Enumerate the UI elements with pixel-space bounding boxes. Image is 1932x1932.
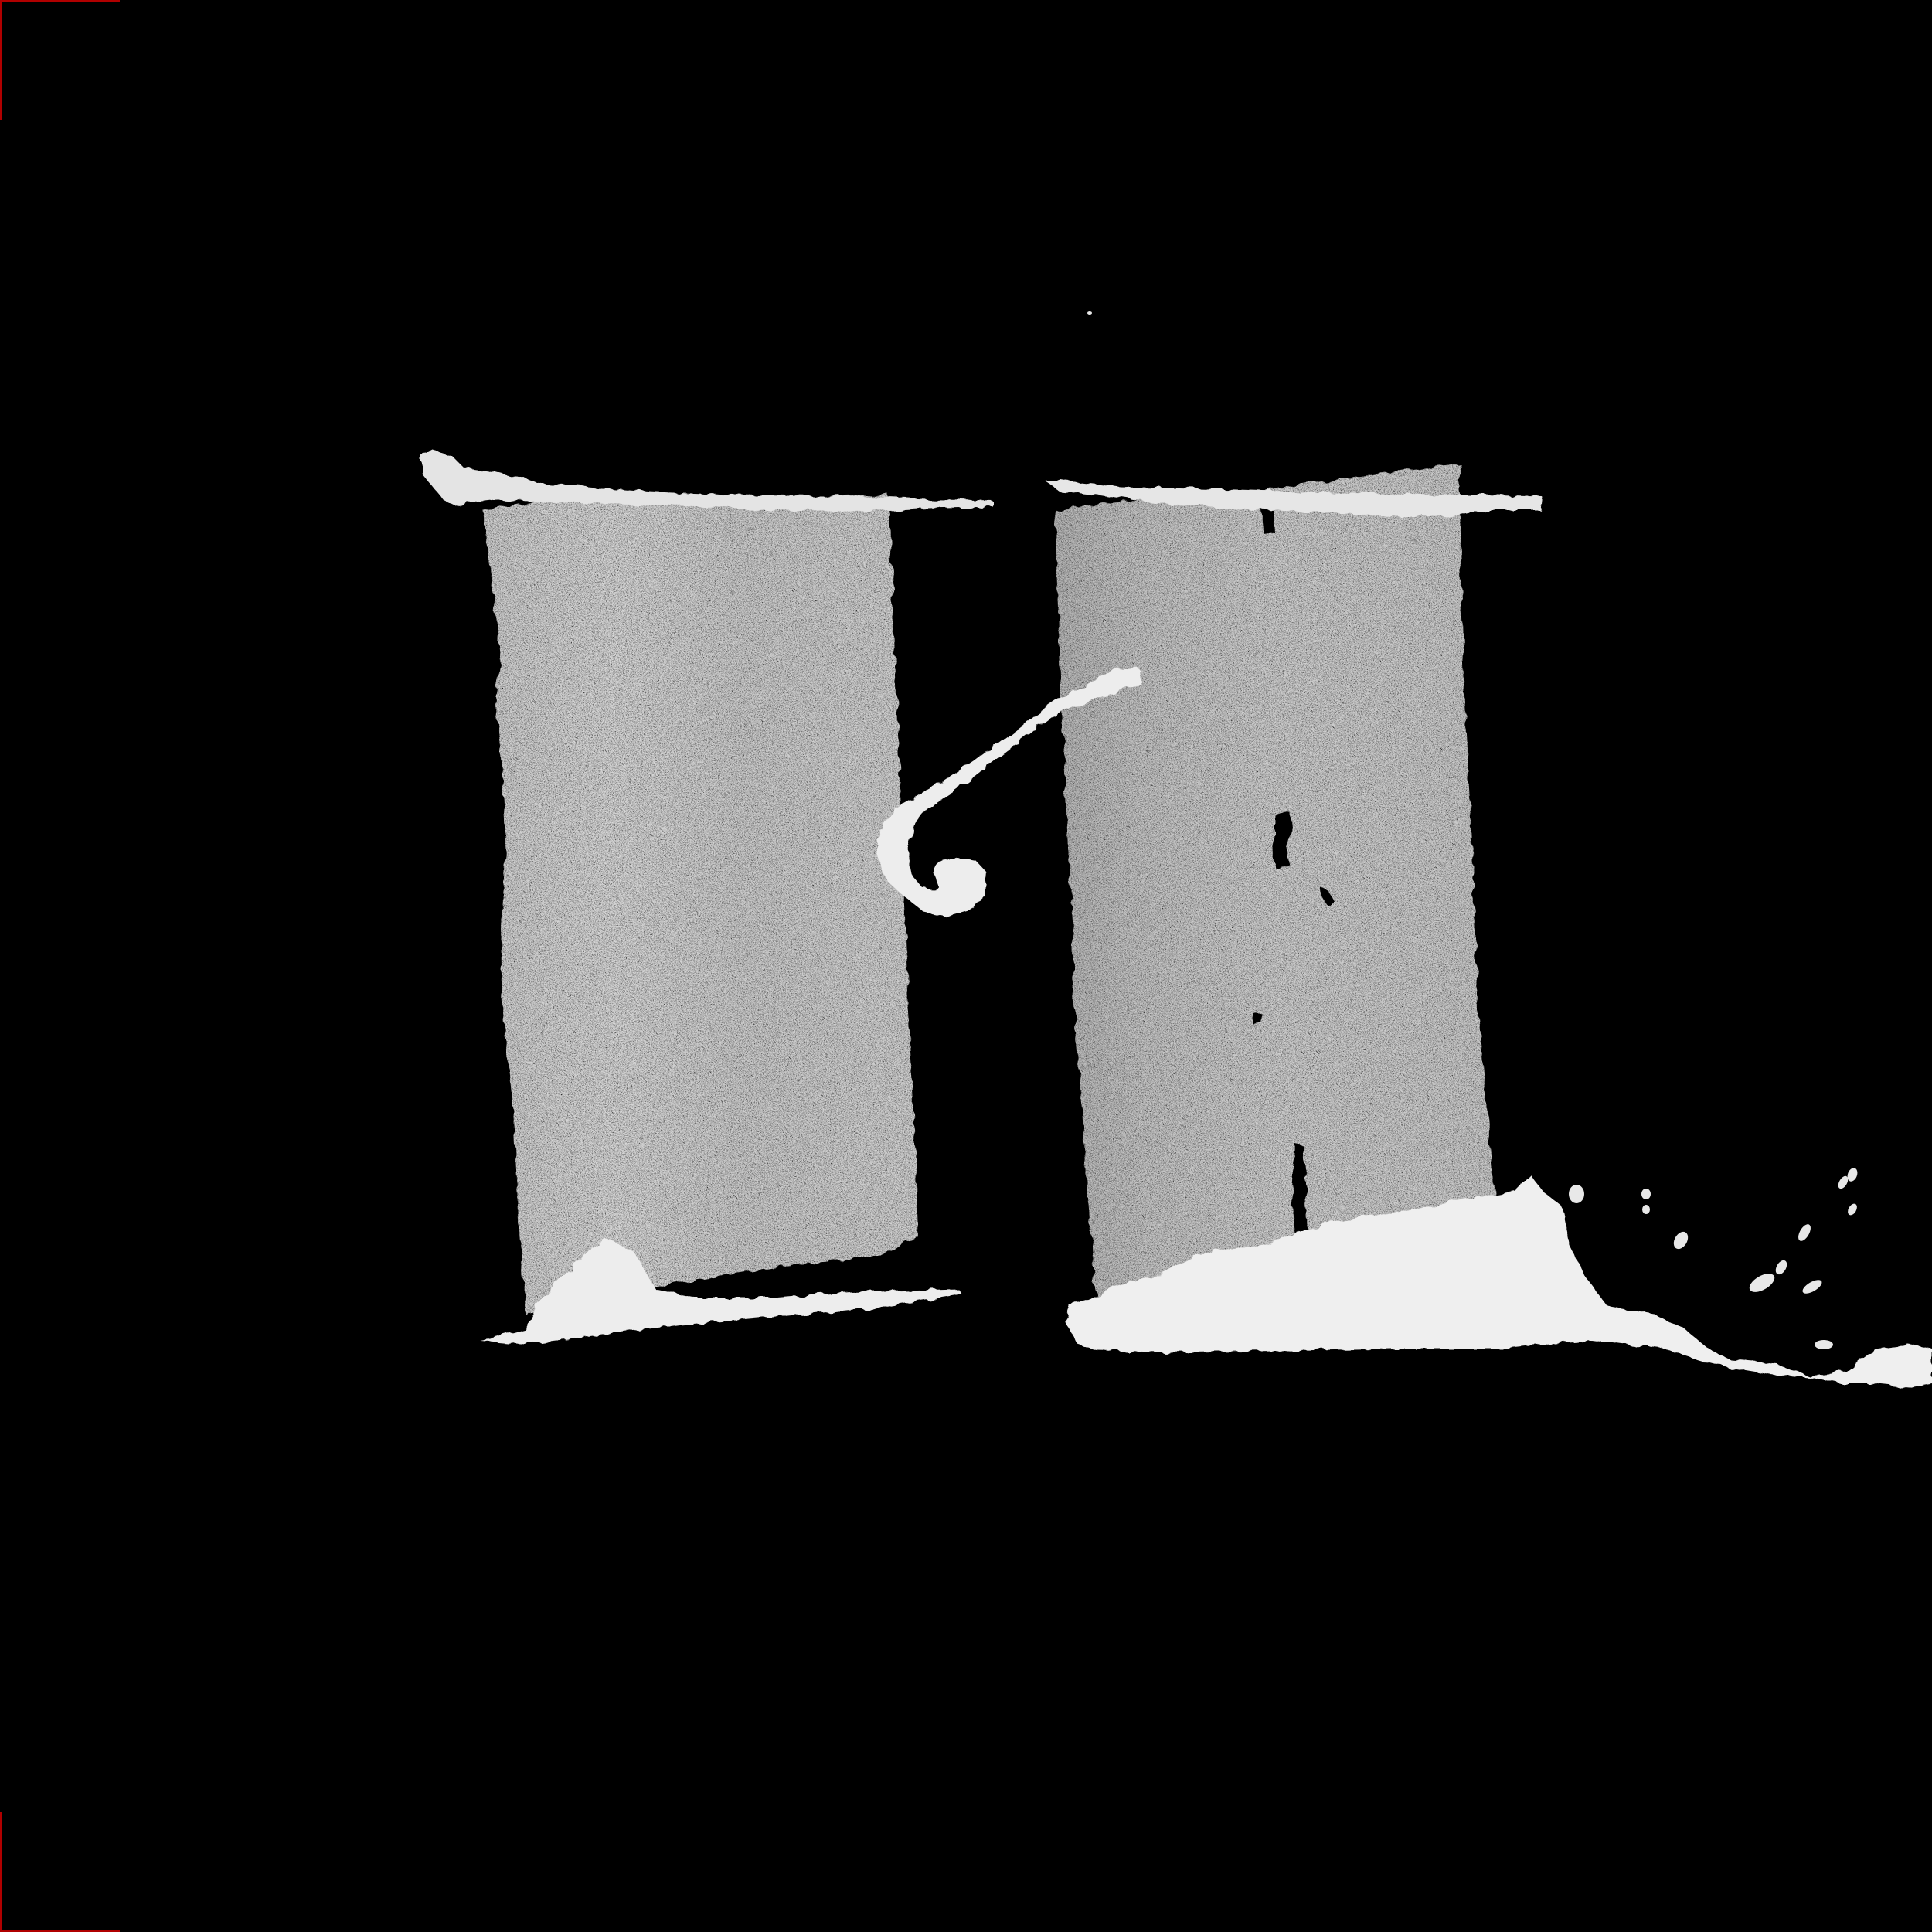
right-block xyxy=(1055,464,1495,1298)
calligraphy-artwork xyxy=(0,0,1932,1932)
right-block-hole-low xyxy=(1253,1012,1263,1026)
left-crossbar-stroke xyxy=(421,450,993,512)
left-block xyxy=(483,495,918,1314)
artwork-canvas: Brush calligraphy — two textured rectang… xyxy=(0,0,1932,1932)
